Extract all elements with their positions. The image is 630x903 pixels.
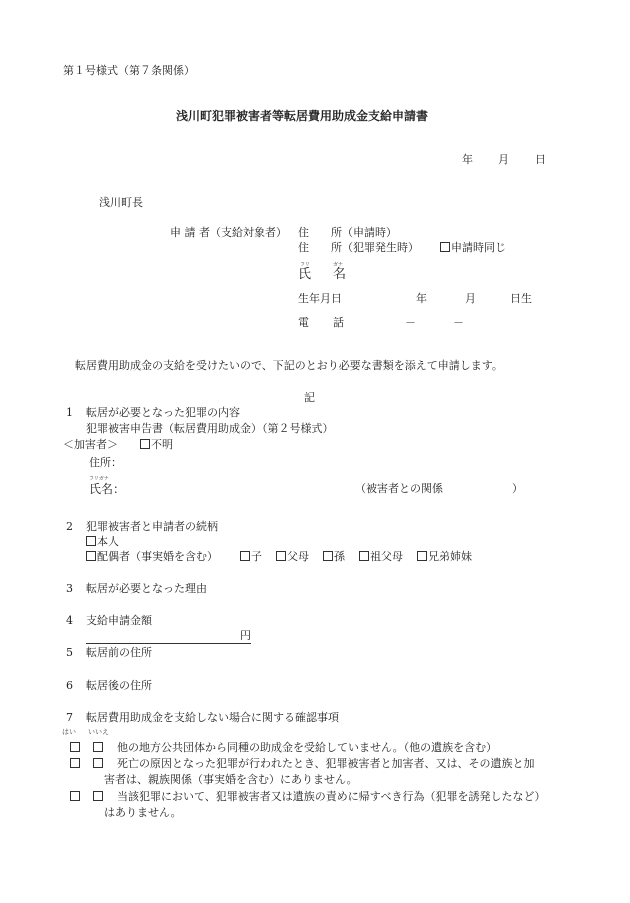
birth-day: 日生 <box>510 292 532 306</box>
relation-close: ） <box>512 482 523 496</box>
checkbox-icon <box>93 758 103 768</box>
item1-text: 他の地方公共団体から同種の助成金を受給していません。（他の遺族を含む） <box>117 741 497 755</box>
item3-no-checkbox[interactable] <box>93 790 104 804</box>
s1-doc: 犯罪被害申告書（転居費用助成金）（第２号様式） <box>86 422 334 436</box>
date-day: 日 <box>535 153 546 167</box>
s4-title: 支給申請金額 <box>86 614 152 628</box>
checkbox-icon <box>93 791 103 801</box>
phone-sep-1: － <box>405 316 416 330</box>
s7-title: 転居費用助成金を支給しない場合に関する確認事項 <box>86 711 339 725</box>
same-as-now-checkbox[interactable]: 申請時同じ <box>440 241 506 255</box>
unknown-checkbox[interactable]: 不明 <box>140 438 173 452</box>
item2-no-checkbox[interactable] <box>93 757 104 771</box>
perpetrator-label: ＜加害者＞ <box>63 438 118 452</box>
checkbox-icon <box>70 758 80 768</box>
form-number: 第１号様式（第７条関係） <box>63 64 195 78</box>
checkbox-icon <box>440 242 450 252</box>
address-crime-label: 住 所（犯罪発生時） <box>298 241 419 255</box>
item1-yes-checkbox[interactable] <box>70 741 81 755</box>
page-title: 浅川町犯罪被害者等転居費用助成金支給申請書 <box>176 109 428 123</box>
name-label-1: 氏 <box>298 268 311 282</box>
checkbox-icon <box>140 439 150 449</box>
s3-num: 3 <box>66 582 73 596</box>
relation-label: （被害者との関係 <box>355 482 443 496</box>
ki-heading: 記 <box>304 391 315 405</box>
phone-label-1: 電 <box>298 316 309 330</box>
checkbox-icon <box>417 551 427 561</box>
unknown-label: 不明 <box>151 438 173 451</box>
child-checkbox[interactable]: 子 <box>240 550 262 564</box>
s2-title: 犯罪被害者と申請者の続柄 <box>86 520 218 534</box>
checkbox-icon <box>86 536 96 546</box>
s1-title: 転居が必要となった犯罪の内容 <box>86 406 240 420</box>
checkbox-icon <box>240 551 250 561</box>
checkbox-icon <box>86 551 96 561</box>
addressee: 浅川町長 <box>99 196 143 210</box>
s3-title: 転居が必要となった理由 <box>86 582 207 596</box>
phone-sep-2: － <box>453 316 464 330</box>
item2-text-line1: 死亡の原因となった犯罪が行われたとき、犯罪被害者と加害者、又は、その遺族と加 <box>117 757 535 771</box>
checkbox-icon <box>70 791 80 801</box>
checkbox-icon <box>70 742 80 752</box>
item2-text-line2: 害者は、親族関係（事実婚を含む）にありません。 <box>104 773 358 787</box>
same-as-now-label: 申請時同じ <box>451 241 506 254</box>
siblings-label: 兄弟姉妹 <box>428 550 472 563</box>
spouse-checkbox[interactable]: 配偶者（事実婚を含む） <box>86 550 218 564</box>
item3-text-line2: はありません。 <box>104 806 182 820</box>
grandparents-checkbox[interactable]: 祖父母 <box>359 550 403 564</box>
parents-checkbox[interactable]: 父母 <box>276 550 309 564</box>
child-label: 子 <box>251 550 262 563</box>
date-year: 年 <box>462 153 473 167</box>
checkbox-icon <box>323 551 333 561</box>
yen-unit: 円 <box>240 629 251 643</box>
s6-num: 6 <box>66 679 73 693</box>
grandparents-label: 祖父母 <box>370 550 403 563</box>
s5-title: 転居前の住所 <box>86 646 152 660</box>
item2-yes-checkbox[interactable] <box>70 757 81 771</box>
amount-underline[interactable] <box>86 643 251 644</box>
item3-yes-checkbox[interactable] <box>70 790 81 804</box>
checkbox-icon <box>359 551 369 561</box>
perp-name-label: 氏名： <box>89 482 125 496</box>
self-checkbox[interactable]: 本人 <box>86 535 119 549</box>
address-now-label: 住 所（申請時） <box>298 226 397 240</box>
birth-year: 年 <box>416 292 427 306</box>
intro-text: 転居費用助成金の支給を受けたいので、下記のとおり必要な書類を添えて申請します。 <box>75 359 503 373</box>
checkbox-icon <box>276 551 286 561</box>
date-month: 月 <box>498 153 509 167</box>
applicant-label: 申 請 者（支給対象者） <box>170 226 287 240</box>
item3-text-line1: 当該犯罪において、犯罪被害者又は遺族の責めに帰すべき行為（犯罪を誘発したなど） <box>117 790 546 804</box>
s6-title: 転居後の住所 <box>86 679 152 693</box>
phone-label-2: 話 <box>333 316 344 330</box>
s2-num: 2 <box>66 520 73 534</box>
perp-address-label: 住所： <box>89 456 122 470</box>
item1-no-checkbox[interactable] <box>93 741 104 755</box>
s1-num: 1 <box>66 406 73 420</box>
birth-month: 月 <box>465 292 476 306</box>
checkbox-icon <box>93 742 103 752</box>
s4-num: 4 <box>66 614 73 628</box>
grandchild-checkbox[interactable]: 孫 <box>323 550 345 564</box>
no-column-label: いいえ <box>88 728 109 736</box>
self-label: 本人 <box>97 535 119 548</box>
s5-num: 5 <box>66 646 73 660</box>
spouse-label: 配偶者（事実婚を含む） <box>97 550 218 563</box>
siblings-checkbox[interactable]: 兄弟姉妹 <box>417 550 472 564</box>
grandchild-label: 孫 <box>334 550 345 563</box>
yes-column-label: はい <box>62 728 76 736</box>
parents-label: 父母 <box>287 550 309 563</box>
birth-label: 生年月日 <box>298 292 342 306</box>
name-label-2: 名 <box>333 268 346 282</box>
s7-num: 7 <box>66 711 73 725</box>
